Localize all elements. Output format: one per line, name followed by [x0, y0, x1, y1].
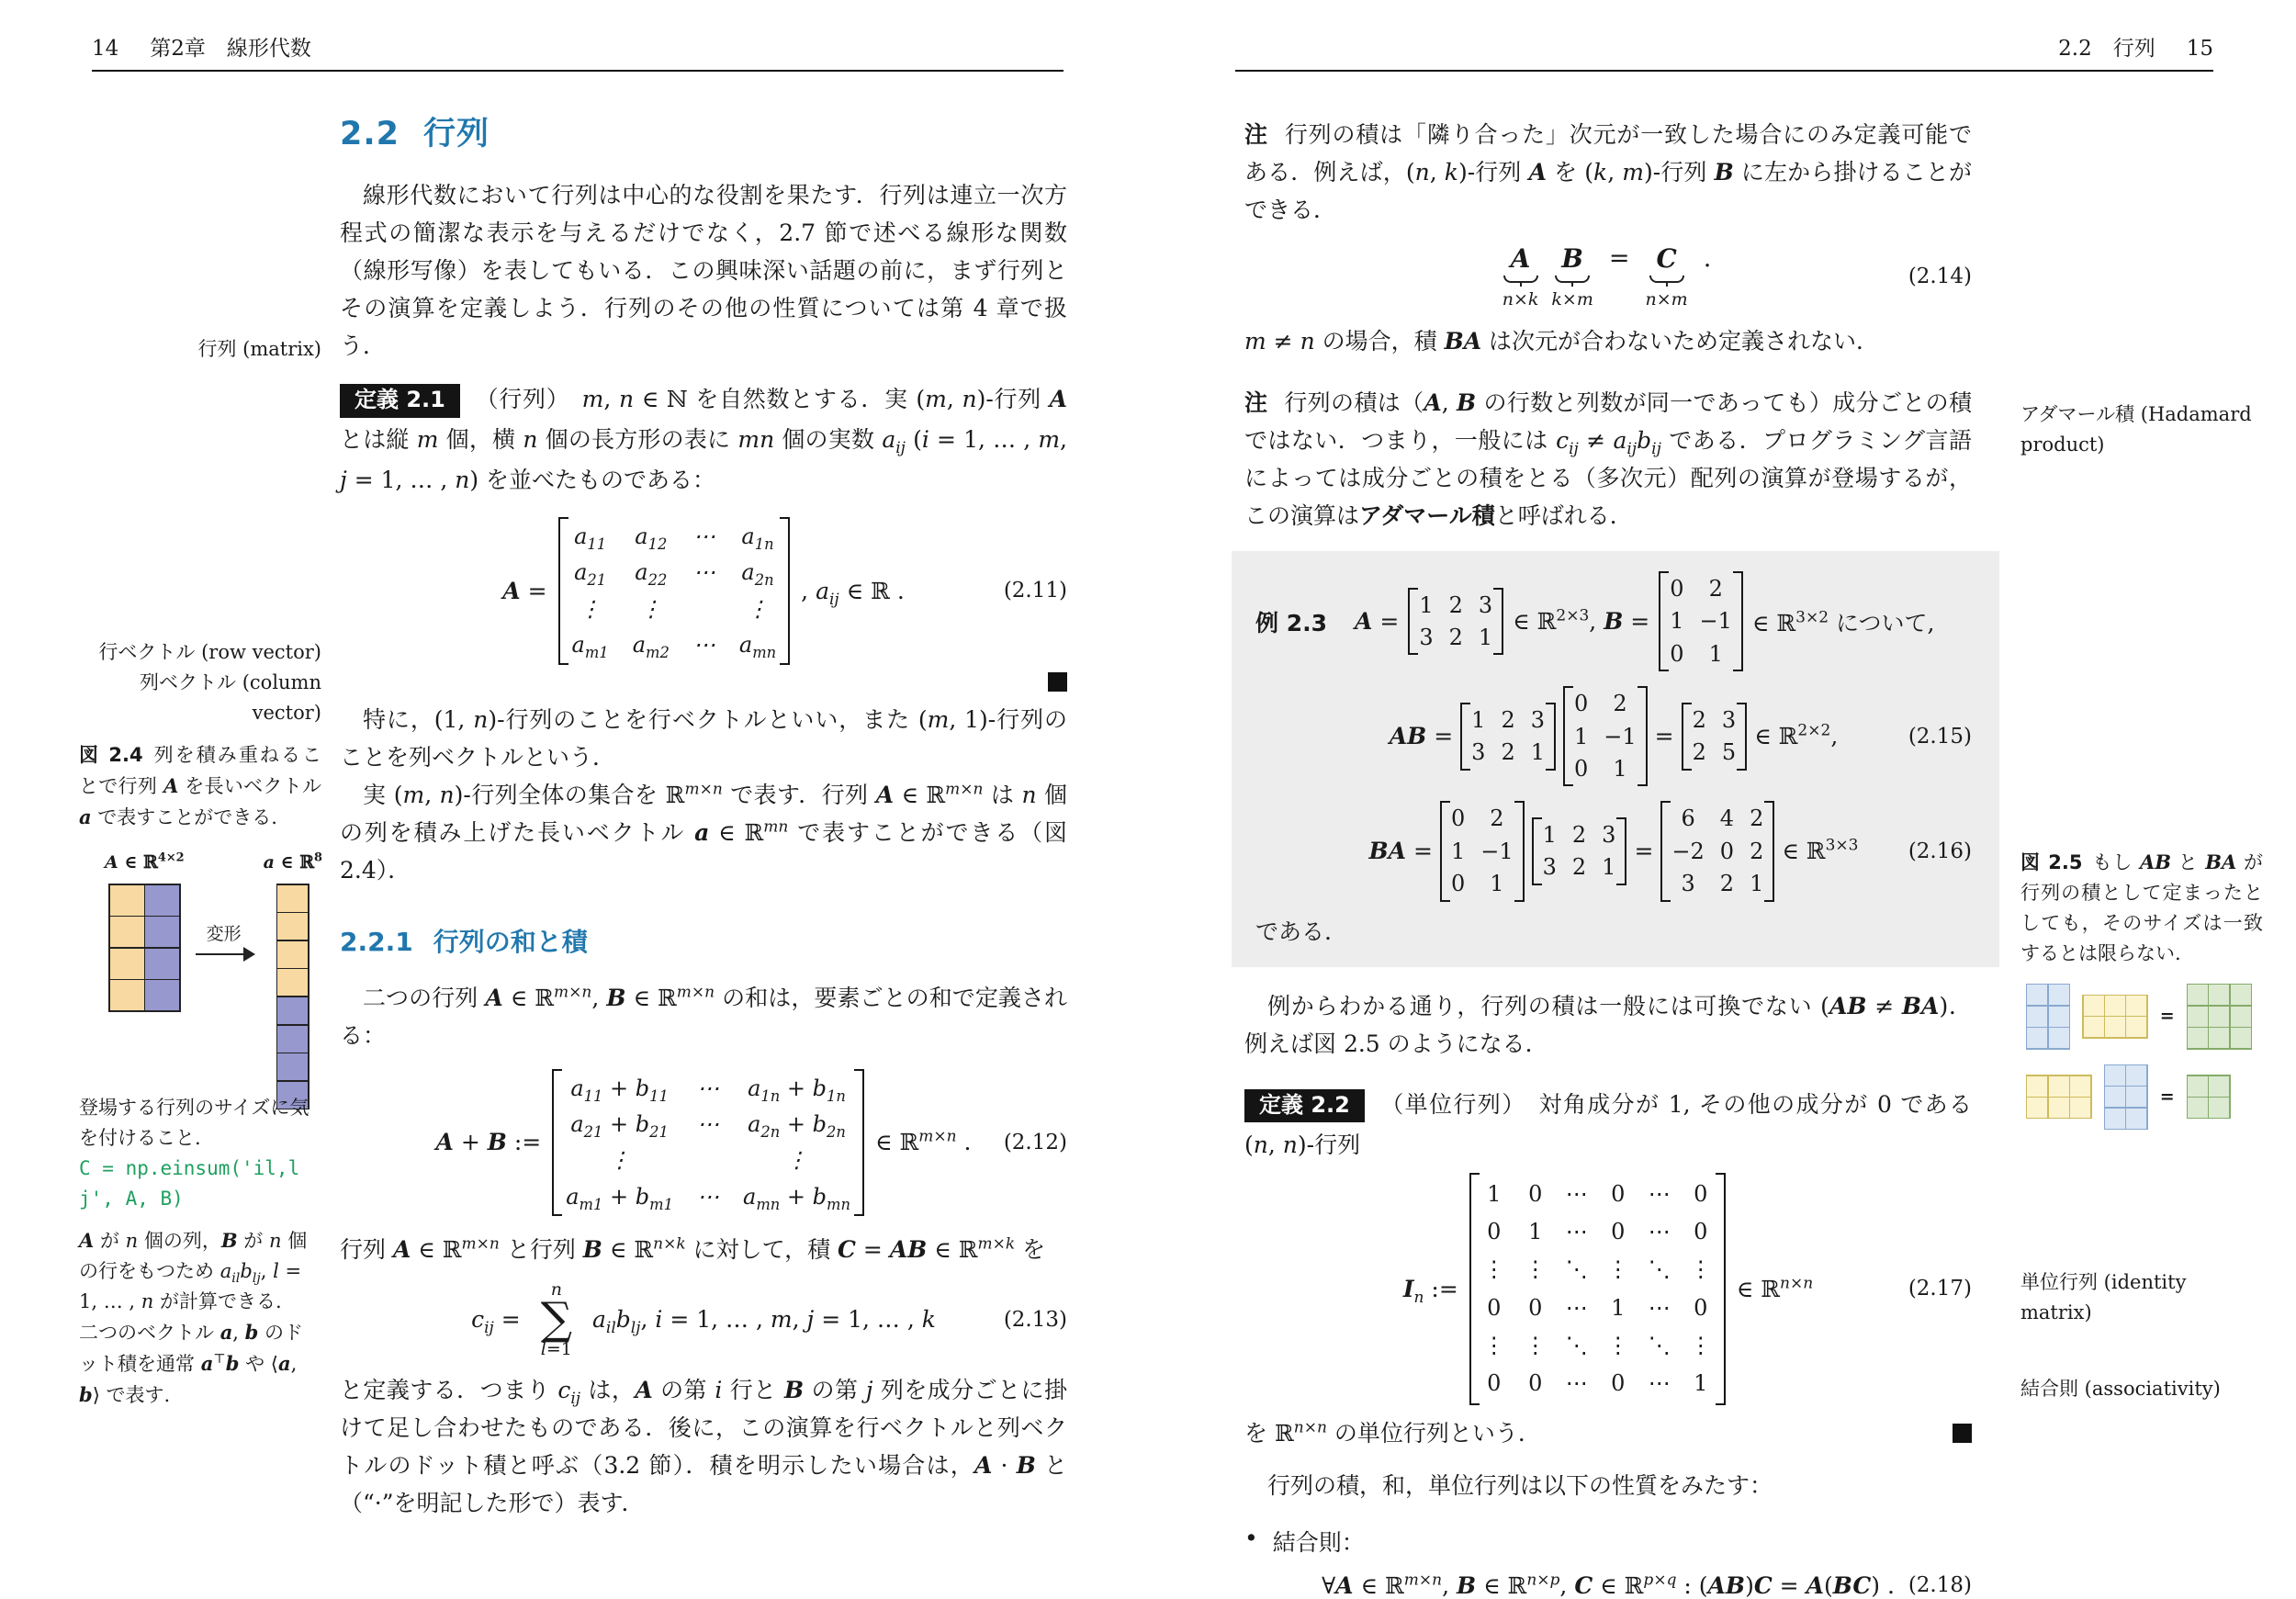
matrix-cell: ⋮ [1483, 1257, 1505, 1281]
left-page-number: 14 [92, 37, 118, 61]
matrix-cell: ⋮ [747, 597, 769, 621]
matrix-cell: 2 [1501, 708, 1514, 732]
equation-2-18: ∀A ∈ ℝm×n, B ∈ ℝn×p, C ∈ ℝp×q : (AB)C = … [1244, 1572, 1972, 1599]
matrix-cell: amn + bmn [743, 1185, 850, 1209]
figure-2-5-yellow-grid [2026, 1075, 2092, 1119]
matrix-cell: ⋯ [1649, 1182, 1671, 1206]
qed-square-icon [1048, 672, 1067, 692]
example-matrix-A: 123321 [1408, 588, 1503, 656]
matrix-cell: 0 [1487, 1371, 1501, 1395]
matrix-cell: 0 [1451, 806, 1465, 830]
matrix-cell: ⋯ [697, 1112, 719, 1136]
matrix-cell: 0 [1574, 757, 1588, 781]
figure-cell [2105, 1017, 2125, 1037]
figure-cell [2209, 1028, 2229, 1048]
bullet-icon: • [1244, 1525, 1258, 1558]
figure-cell [2231, 985, 2251, 1005]
matrix-cell: 2 [1750, 839, 1763, 863]
example-2-3-box: 例 2.3 A = 123321 ∈ ℝ2×3, B = 021−101 ∈ ℝ… [1232, 551, 1999, 967]
figure-2-5-green-grid-2x2 [2187, 1075, 2231, 1119]
eq-2-15-matrix-1: 123321 [1460, 703, 1556, 771]
eq-2-15-lhs: AB = [1390, 723, 1453, 749]
eq-2-17-lhs: In := [1403, 1276, 1458, 1302]
matrix-cell: ⋮ [1690, 1257, 1712, 1281]
eq-2-13-lhs: cij = [471, 1306, 521, 1333]
matrix-cell: 1 [1490, 872, 1503, 895]
matrix-cell: 3 [1681, 872, 1694, 895]
matrix-cell: −2 [1671, 839, 1704, 863]
equals-sign: = [2160, 1082, 2175, 1112]
eq-2-14-equals: = [1609, 243, 1630, 275]
eq-2-14-period: . [1704, 243, 1712, 275]
eq-2-13-number: (2.13) [1004, 1308, 1067, 1332]
eq-2-18-body: ∀A ∈ ℝm×n, B ∈ ℝn×p, C ∈ ℝp×q : (AB)C = … [1322, 1572, 1895, 1599]
example-2-3-mid: ∈ ℝ2×3, B = [1513, 608, 1649, 635]
page-left: 14第2章 線形代数 行列 (matrix) 行ベクトル (row vector… [0, 0, 1148, 1481]
matrix-cell: 1 [1531, 740, 1545, 764]
matrix-cell: 5 [1722, 740, 1736, 764]
figure-2-4-graphic: A ∈ ℝ4×2 変形 a ∈ ℝ8 [79, 848, 321, 1109]
right-header-title: 2.2 行列 [2058, 37, 2155, 61]
matrix-cell: 1 [1613, 757, 1626, 781]
figure-cell [2105, 1087, 2125, 1107]
matrix-cell: 2 [1750, 806, 1763, 830]
matrix-cell: 2 [1720, 872, 1734, 895]
margin-note-vectors: 行ベクトル (row vector) 列ベクトル (column vector) [79, 637, 321, 728]
figure-cell [2105, 996, 2125, 1016]
eq-2-14-number: (2.14) [1908, 265, 1972, 288]
equation-2-15: AB = 123321 021−101 = 2325 ∈ ℝ2×2, (2.15… [1255, 686, 1972, 786]
margin-note-identity-text: 単位行列 (identity matrix) [2020, 1271, 2186, 1323]
left-header-title: 第2章 線形代数 [150, 37, 311, 61]
paragraph-dot-product: と定義する．つまり cij は，A の第 i 行と B の第 j 列を成分ごとに… [340, 1371, 1067, 1522]
matrix-cell: a2n [741, 560, 773, 584]
margin-note-hadamard: アダマール積 (Hadamard product) [2020, 400, 2263, 460]
figure-cell [2188, 985, 2208, 1005]
matrix-cell: ⋮ [1525, 1334, 1547, 1357]
figure-cell [277, 885, 308, 912]
figure-cell [277, 913, 308, 940]
paragraph-sum-definition: 二つの行列 A ∈ ℝm×n, B ∈ ℝm×n の和は，要素ごとの和で定義され… [340, 979, 1067, 1054]
figure-2-4-number: 図 2.4 [79, 744, 143, 766]
figure-cell [145, 980, 179, 1010]
figure-cell [2070, 1076, 2090, 1097]
underbrace-icon [1503, 276, 1538, 283]
matrix-cell: 3 [1471, 740, 1485, 764]
matrix-cell: ⋯ [1566, 1182, 1588, 1206]
matrix-cell: 2 [1501, 740, 1514, 764]
matrix-cell: ⋮ [1607, 1257, 1629, 1281]
figure-cell [2049, 1007, 2069, 1027]
equation-2-14: A n×k B k×m = C n×m . (2.14) [1244, 243, 1972, 310]
matrix-cell: ⋯ [1566, 1220, 1588, 1244]
right-main-column: 注行列の積は「隣り合った」次元が一致した場合にのみ定義可能である．例えば，(n,… [1244, 116, 1972, 1599]
figure-cell [2188, 1098, 2208, 1118]
matrix-cell: −1 [1700, 609, 1732, 633]
margin-note-rowvector-text: 行ベクトル (row vector) [79, 637, 321, 668]
matrix-cell: 3 [1419, 625, 1433, 649]
margin-note-hadamard-text: アダマール積 (Hadamard product) [2020, 403, 2252, 456]
equation-2-13: cij = n ∑ l=1 ailblj, i = 1, … , m, j = … [340, 1281, 1067, 1358]
summation-symbol: n ∑ l=1 [541, 1281, 572, 1358]
matrix-cell: a1n [741, 524, 773, 548]
matrix-cell: 2 [1572, 855, 1586, 879]
eq-2-14-A-dims: n×k [1503, 289, 1539, 310]
matrix-cell: ⋯ [693, 633, 715, 657]
sigma-icon: ∑ [541, 1299, 572, 1341]
definition-2-1: 定義 2.1（行列） m, n ∈ ℕ を自然数とする．実 (m, n)-行列 … [340, 379, 1067, 501]
paragraph-not-commutative: 例からわかる通り，行列の積は一般には可換でない (AB ≠ BA)．例えば図 2… [1244, 987, 1972, 1063]
eq-2-16-lhs: BA = [1369, 838, 1433, 864]
eq-2-15-equals: = [1655, 723, 1674, 749]
figure-cell [145, 949, 179, 979]
paragraph-ba-undefined: m ≠ n の場合，積 BA は次元が合わないため定義されない． [1244, 322, 1972, 360]
figure-cell [145, 917, 179, 947]
figure-cell [2049, 985, 2069, 1005]
matrix-cell: 0 [1611, 1371, 1625, 1395]
figure-2-4-matrix-block: A ∈ ℝ4×2 [105, 848, 185, 1012]
margin-note-matrix-text: 行列 (matrix) [197, 338, 321, 360]
figure-2-4: 図 2.4列を積み重ねることで行列 A を長いベクトル a で表すことができる.… [79, 740, 321, 1109]
figure-2-5-number: 図 2.5 [2020, 851, 2082, 873]
matrix-cell: ⋯ [693, 560, 715, 584]
identity-definition-line: を ℝn×n の単位行列という． [1244, 1414, 1972, 1452]
paragraph-identity-name: を ℝn×n の単位行列という． [1244, 1414, 1541, 1452]
matrix-cell: −1 [1604, 725, 1636, 749]
matrix-cell: 0 [1528, 1182, 1542, 1206]
matrix-cell: 1 [1750, 872, 1763, 895]
underbrace-C: C n×m [1645, 243, 1687, 310]
margin-note-einsum-body1: A が n 個の列，B が n 個の行をもつため ailblj, l = 1, … [79, 1225, 321, 1317]
figure-cell [2209, 1007, 2229, 1027]
figure-cell [2126, 1017, 2146, 1037]
figure-2-4-caption: 図 2.4列を積み重ねることで行列 A を長いベクトル a で表すことができる. [79, 740, 321, 833]
matrix-cell: ⋮ [609, 1148, 631, 1172]
example-2-3-intro: 例 2.3 A = 123321 ∈ ℝ2×3, B = 021−101 ∈ ℝ… [1255, 571, 1972, 671]
matrix-cell: 2 [1693, 740, 1706, 764]
left-running-header: 14第2章 線形代数 [92, 31, 1064, 72]
subsection-number: 2.2.1 [340, 927, 413, 957]
matrix-cell: 2 [1709, 577, 1723, 601]
figure-2-5-yellow-grid [2082, 995, 2148, 1039]
matrix-cell: 3 [1531, 708, 1545, 732]
matrix-cell: 1 [1419, 593, 1433, 617]
eq-2-11-number: (2.11) [1004, 579, 1067, 602]
matrix-cell: 0 [1528, 1371, 1542, 1395]
eq-2-14-C-dims: n×m [1645, 289, 1687, 310]
equation-2-12: A + B := a11 + b11⋯a1n + b1na21 + b21⋯a2… [340, 1069, 1067, 1217]
figure-cell [110, 917, 144, 947]
subsection-heading: 2.2.1行列の和と積 [340, 922, 1067, 959]
eq-2-12-matrix: a11 + b11⋯a1n + b1na21 + b21⋯a2n + b2n⋮ … [552, 1069, 864, 1217]
matrix-cell: 6 [1681, 806, 1694, 830]
matrix-cell: am1 [572, 633, 609, 657]
matrix-cell: 4 [1720, 806, 1734, 830]
matrix-cell: ⋮ [580, 597, 602, 621]
eq-2-16-result: 642−202321 [1660, 801, 1774, 901]
matrix-cell: ⋮ [1690, 1334, 1712, 1357]
figure-cell [2105, 1109, 2125, 1129]
definition-2-2-label: 定義 2.2 [1244, 1089, 1365, 1123]
matrix-cell: 1 [1471, 708, 1485, 732]
matrix-cell: 0 [1451, 872, 1465, 895]
figure-2-4-arrow-label: 変形 [207, 919, 242, 950]
eq-2-17-rhs: ∈ ℝn×n [1737, 1276, 1813, 1302]
eq-2-14-A: A [1511, 243, 1531, 275]
matrix-cell: 0 [1487, 1296, 1501, 1320]
figure-cell [2209, 1076, 2229, 1097]
matrix-cell: 0 [1611, 1182, 1625, 1206]
eq-2-16-rhs: ∈ ℝ3×3 [1782, 838, 1858, 864]
bullet-associativity: • 結合則： [1244, 1525, 1972, 1558]
eq-2-14-B: B [1561, 243, 1583, 275]
matrix-cell: 0 [1528, 1296, 1542, 1320]
matrix-cell: ⋯ [697, 1076, 719, 1100]
figure-2-4-vector-block: a ∈ ℝ8 [264, 848, 322, 1109]
example-2-3-outro: である. [1255, 913, 1972, 951]
underbrace-A: A n×k [1503, 243, 1539, 310]
figure-cell [277, 969, 308, 996]
matrix-cell: ⋱ [1649, 1334, 1671, 1357]
figure-2-4-matrix-label: A ∈ ℝ4×2 [105, 848, 185, 878]
matrix-cell: ⋮ [1483, 1334, 1505, 1357]
margin-note-matrix: 行列 (matrix) [79, 334, 321, 365]
section-number: 2.2 [340, 116, 400, 152]
figure-cell [2209, 985, 2229, 1005]
figure-cell [110, 885, 144, 916]
matrix-cell: ⋯ [1649, 1220, 1671, 1244]
right-page-number: 15 [2187, 37, 2213, 61]
matrix-cell: 0 [1694, 1220, 1707, 1244]
paragraph-row-col-vectors: 特に，(1, n)-行列のことを行ベクトルといい，また (m, 1)-行列のこと… [340, 701, 1067, 776]
paragraph-properties: 行列の積，和，単位行列は以下の性質をみたす： [1244, 1467, 1972, 1504]
section-heading: 2.2行列 [340, 108, 1067, 154]
matrix-cell: 2 [1572, 823, 1586, 847]
note-hadamard: 注行列の積は（A, B の行数と列数が同一であっても）成分ごとの積ではない．つま… [1244, 384, 1972, 535]
figure-cell [277, 1026, 308, 1053]
equation-2-16: BA = 021−101 123321 = 642−202321 ∈ ℝ3×3 … [1255, 801, 1972, 901]
matrix-cell: a21 [574, 560, 606, 584]
figure-cell [2049, 1028, 2069, 1048]
matrix-cell: 0 [1574, 692, 1588, 715]
underbrace-icon [1649, 276, 1684, 283]
matrix-cell: 1 [1709, 642, 1723, 666]
matrix-cell: 1 [1487, 1182, 1501, 1206]
matrix-cell: 2 [1613, 692, 1626, 715]
figure-2-5-caption: 図 2.5もし AB と BA が行列の積として定まったとしても，そのサイズは一… [2020, 847, 2263, 969]
figure-2-5-blue-grid [2104, 1064, 2148, 1131]
figure-cell [2105, 1065, 2125, 1086]
figure-2-5-row-ab: = [2020, 984, 2263, 1050]
sum-lower-limit: l=1 [541, 1341, 572, 1358]
example-2-3-label: 例 2.3 [1255, 605, 1327, 638]
matrix-cell: ⋯ [1566, 1296, 1588, 1320]
matrix-cell: a22 [635, 560, 667, 584]
underbrace-B: B k×m [1551, 243, 1593, 310]
figure-cell [145, 885, 179, 916]
figure-cell [2126, 1087, 2146, 1107]
figure-cell [110, 949, 144, 979]
definition-2-1-end-marker [340, 670, 1067, 697]
figure-2-5-row-ba: = [2020, 1064, 2263, 1131]
matrix-cell: 1 [1451, 839, 1465, 863]
eq-2-11-rhs: , aij ∈ ℝ . [801, 578, 905, 604]
figure-cell [277, 997, 308, 1024]
underbrace-icon [1555, 276, 1590, 283]
eq-2-11-lhs: A = [502, 578, 546, 604]
eq-2-16-matrix-1: 021−101 [1440, 801, 1525, 901]
note-adjacent-dimensions-body: 行列の積は「隣り合った」次元が一致した場合にのみ定義可能である．例えば，(n, … [1244, 121, 1972, 223]
figure-cell [2084, 1017, 2104, 1037]
eq-2-12-rhs: ∈ ℝm×n . [875, 1129, 971, 1155]
matrix-cell: 1 [1670, 609, 1683, 633]
eq-2-15-rhs: ∈ ℝ2×2, [1754, 723, 1838, 749]
matrix-cell: 2 [1449, 593, 1463, 617]
section-title: 行列 [423, 116, 490, 152]
matrix-cell: ⋮ [1525, 1257, 1547, 1281]
matrix-cell: 0 [1487, 1220, 1501, 1244]
matrix-cell: 1 [1574, 725, 1588, 749]
matrix-cell: a21 + b21 [570, 1112, 669, 1136]
figure-cell [2070, 1098, 2090, 1118]
matrix-cell: ⋯ [1649, 1371, 1671, 1395]
figure-cell [2188, 1076, 2208, 1097]
eq-2-15-matrix-2: 021−101 [1563, 686, 1648, 786]
margin-note-einsum-intro: 登場する行列のサイズに気を付けること. [79, 1093, 321, 1154]
matrix-cell: 1 [1528, 1220, 1542, 1244]
note-label: 注 [1244, 389, 1267, 416]
matrix-cell: ⋮ [640, 597, 662, 621]
matrix-cell: 0 [1694, 1296, 1707, 1320]
note-hadamard-body: 行列の積は（A, B の行数と列数が同一であっても）成分ごとの積ではない．つまり… [1244, 389, 1972, 529]
bullet-associativity-label: 結合則： [1273, 1525, 1365, 1558]
figure-cell [2231, 1028, 2251, 1048]
example-2-3-post: ∈ ℝ3×2 について, [1752, 605, 1935, 638]
qed-square-icon [1953, 1424, 1972, 1443]
figure-cell [277, 941, 308, 968]
figure-2-4-vector-label: a ∈ ℝ8 [264, 848, 322, 878]
margin-note-einsum: 登場する行列のサイズに気を付けること. C = np.einsum('il,lj… [79, 1093, 321, 1411]
matrix-cell: am2 [633, 633, 670, 657]
matrix-cell: 1 [1602, 855, 1615, 879]
margin-note-colvector-text: 列ベクトル (column vector) [79, 668, 321, 728]
figure-cell [2209, 1098, 2229, 1118]
matrix-cell: ⋯ [1649, 1296, 1671, 1320]
matrix-cell: 3 [1602, 823, 1615, 847]
margin-note-associativity-text: 結合則 (associativity) [2020, 1378, 2221, 1400]
equation-2-17: In := 10⋯0⋯001⋯0⋯0⋮⋮⋱⋮⋱⋮00⋯1⋯0⋮⋮⋱⋮⋱⋮00⋯0… [1244, 1173, 1972, 1405]
figure-cell [2027, 1076, 2047, 1097]
figure-cell [2027, 1028, 2047, 1048]
matrix-cell: 0 [1670, 642, 1683, 666]
figure-cell [2231, 1007, 2251, 1027]
figure-cell [277, 1053, 308, 1080]
eq-2-16-number: (2.16) [1908, 839, 1972, 863]
definition-2-2: 定義 2.2（単位行列） 対角成分が 1, その他の成分が 0 である (n, … [1244, 1085, 1972, 1165]
matrix-cell: ⋱ [1566, 1257, 1588, 1281]
matrix-cell: ⋮ [786, 1148, 808, 1172]
eq-2-12-number: (2.12) [1004, 1131, 1067, 1154]
right-running-header: 2.2 行列15 [1235, 31, 2213, 72]
figure-cell [110, 980, 144, 1010]
eq-2-11-matrix: a11a12⋯a1na21a22⋯a2n⋮⋮ ⋮am1am2⋯amn [558, 517, 791, 665]
matrix-cell: 1 [1611, 1296, 1625, 1320]
figure-cell [2188, 1028, 2208, 1048]
margin-note-identity: 単位行列 (identity matrix) [2020, 1267, 2263, 1328]
margin-note-einsum-body2: 二つのベクトル a, b のドット積を通常 a⊤b や ⟨a, b⟩ で表す. [79, 1317, 321, 1411]
note-label: 注 [1244, 121, 1268, 148]
margin-note-associativity: 結合則 (associativity) [2020, 1374, 2263, 1404]
matrix-cell: 0 [1694, 1182, 1707, 1206]
identity-matrix: 10⋯0⋯001⋯0⋯0⋮⋮⋱⋮⋱⋮00⋯1⋯0⋮⋮⋱⋮⋱⋮00⋯0⋯1 [1469, 1173, 1726, 1405]
matrix-cell: 3 [1543, 855, 1557, 879]
figure-2-5-green-grid-3x3 [2187, 984, 2253, 1050]
matrix-cell: am1 + bm1 [566, 1185, 673, 1209]
figure-cell [2049, 1098, 2069, 1118]
figure-2-4-arrow: 変形 [196, 919, 253, 963]
right-arrow-icon [196, 953, 253, 955]
figure-cell [2027, 1007, 2047, 1027]
eq-2-15-number: (2.15) [1908, 725, 1972, 749]
eq-2-18-number: (2.18) [1908, 1573, 1972, 1597]
figure-cell [2188, 1007, 2208, 1027]
figure-cell [2126, 1109, 2146, 1129]
paragraph-product-definition: 行列 A ∈ ℝm×n と行列 B ∈ ℝn×k に対して，積 C = AB ∈… [340, 1231, 1067, 1268]
matrix-cell: 1 [1543, 823, 1557, 847]
matrix-cell: ⋯ [697, 1185, 719, 1209]
matrix-cell: amn [739, 633, 776, 657]
matrix-cell: ⋱ [1649, 1257, 1671, 1281]
matrix-cell: a12 [635, 524, 667, 548]
eq-2-14-C: C [1656, 243, 1676, 275]
matrix-cell: ⋯ [693, 524, 715, 548]
eq-2-14-B-dims: k×m [1551, 289, 1593, 310]
figure-2-4-vector-grid [276, 884, 310, 1109]
matrix-cell: 0 [1670, 577, 1683, 601]
matrix-cell: 2 [1693, 708, 1706, 732]
paragraph-matrix-set: 実 (m, n)-行列全体の集合を ℝm×n で表す．行列 A ∈ ℝm×n は… [340, 776, 1067, 889]
matrix-cell: 3 [1722, 708, 1736, 732]
intro-paragraph: 線形代数において行列は中心的な役割を果たす．行列は連立一次方程式の簡潔な表示を与… [340, 176, 1067, 365]
einsum-code: C = np.einsum('il,lj', A, B) [79, 1154, 321, 1214]
matrix-cell: 2 [1490, 806, 1503, 830]
matrix-cell: 2 [1449, 625, 1463, 649]
matrix-cell: ⋮ [1607, 1334, 1629, 1357]
matrix-cell: ⋯ [1566, 1371, 1588, 1395]
matrix-cell: a2n + b2n [748, 1112, 846, 1136]
figure-2-5: 図 2.5もし AB と BA が行列の積として定まったとしても，そのサイズは一… [2020, 847, 2263, 1130]
matrix-cell: 1 [1479, 625, 1492, 649]
eq-2-16-equals: = [1634, 838, 1653, 864]
equation-2-11: A = a11a12⋯a1na21a22⋯a2n⋮⋮ ⋮am1am2⋯amn ,… [340, 517, 1067, 665]
figure-cell [2027, 1098, 2047, 1118]
equals-sign: = [2160, 1001, 2175, 1031]
matrix-cell: 0 [1611, 1220, 1625, 1244]
matrix-cell: a1n + b1n [748, 1076, 846, 1100]
matrix-cell: a11 + b11 [570, 1076, 669, 1100]
figure-2-4-matrix-grid [108, 884, 181, 1012]
eq-2-17-number: (2.17) [1908, 1277, 1972, 1301]
eq-2-16-matrix-2: 123321 [1532, 817, 1627, 885]
matrix-cell: −1 [1480, 839, 1513, 863]
figure-2-5-blue-grid [2026, 984, 2070, 1050]
note-adjacent-dimensions: 注行列の積は「隣り合った」次元が一致した場合にのみ定義可能である．例えば，(n,… [1244, 116, 1972, 229]
eq-2-15-result: 2325 [1682, 703, 1748, 771]
matrix-cell: a11 [574, 524, 606, 548]
example-matrix-B: 021−101 [1659, 571, 1743, 671]
figure-cell [2084, 996, 2104, 1016]
matrix-cell: 0 [1720, 839, 1734, 863]
